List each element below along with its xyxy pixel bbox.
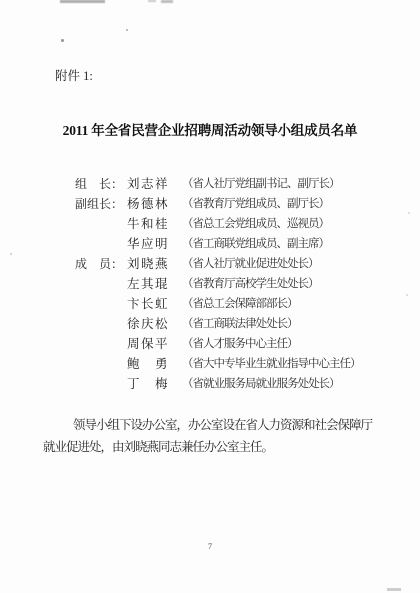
roster-row: 左其琨 （省教育厅高校学生处处长） <box>75 274 361 294</box>
roster-row: 卞长虹 （省总工会保障部部长） <box>75 294 361 314</box>
role-label <box>75 314 127 334</box>
member-name: 丁 梅 <box>127 374 182 394</box>
scan-speck <box>10 253 12 255</box>
roster-list: 组 长： 刘志祥 （省人社厅党组副书记、副厅长） 副组长： 杨德林 （省教育厅党… <box>75 174 361 394</box>
member-name: 牛和桂 <box>127 214 182 234</box>
roster-row: 副组长： 杨德林 （省教育厅党组成员、副厅长） <box>75 194 361 214</box>
role-label <box>75 234 127 254</box>
roster-row: 周保平 （省人才服务中心主任） <box>75 334 361 354</box>
roster-row: 鲍 勇 （省大中专毕业生就业指导中心主任） <box>75 354 361 374</box>
scan-speck <box>408 212 410 214</box>
member-name: 卞长虹 <box>127 294 182 314</box>
role-label <box>75 374 127 394</box>
scan-artifact-top-line <box>60 0 105 3</box>
paragraph-line: 就业促进处，由刘晓燕同志兼任办公室主任。 <box>43 437 383 459</box>
closing-paragraph: 领导小组下设办公室，办公室设在省人力资源和社会保障厅 就业促进处，由刘晓燕同志兼… <box>43 415 383 458</box>
role-label: 组 长： <box>75 174 127 194</box>
member-name: 杨德林 <box>127 194 182 214</box>
role-label <box>75 294 127 314</box>
role-label: 成 员： <box>75 254 127 274</box>
document-title: 2011 年全省民营企业招聘周活动领导小组成员名单 <box>0 122 420 140</box>
member-title: （省人社厅就业促进处处长） <box>182 254 319 274</box>
roster-row: 牛和桂 （省总工会党组成员、巡视员） <box>75 214 361 234</box>
paragraph-line: 领导小组下设办公室，办公室设在省人力资源和社会保障厅 <box>43 415 383 437</box>
member-title: （省总工会党组成员、巡视员） <box>182 214 329 234</box>
role-label <box>75 274 127 294</box>
member-title: （省工商联法律处处长） <box>182 314 298 334</box>
scan-speck <box>126 29 128 31</box>
member-name: 刘志祥 <box>127 174 182 194</box>
member-name: 周保平 <box>127 334 182 354</box>
scan-speck <box>61 39 64 42</box>
role-label <box>75 334 127 354</box>
member-title: （省工商联党组成员、副主席） <box>182 234 329 254</box>
page-number: 7 <box>0 540 420 552</box>
member-title: （省教育厅高校学生处处长） <box>182 274 319 294</box>
member-name: 刘晓燕 <box>127 254 182 274</box>
role-label <box>75 354 127 374</box>
roster-row: 组 长： 刘志祥 （省人社厅党组副书记、副厅长） <box>75 174 361 194</box>
member-title: （省人社厅党组副书记、副厅长） <box>182 174 340 194</box>
role-label <box>75 214 127 234</box>
scanned-document-page: 附件 1: 2011 年全省民营企业招聘周活动领导小组成员名单 组 长： 刘志祥… <box>0 0 420 593</box>
scan-artifact-top-mark <box>161 0 173 3</box>
scan-speck <box>406 294 408 296</box>
member-title: （省总工会保障部部长） <box>182 294 298 314</box>
member-title: （省人才服务中心主任） <box>182 334 298 354</box>
member-name: 左其琨 <box>127 274 182 294</box>
member-name: 华应明 <box>127 234 182 254</box>
attachment-label: 附件 1: <box>55 68 93 84</box>
roster-row: 丁 梅 （省就业服务局就业服务处处长） <box>75 374 361 394</box>
member-name: 徐庆松 <box>127 314 182 334</box>
member-title: （省大中专毕业生就业指导中心主任） <box>182 354 361 374</box>
scan-artifact-top-mark <box>148 0 156 2</box>
roster-row: 徐庆松 （省工商联法律处处长） <box>75 314 361 334</box>
roster-row: 华应明 （省工商联党组成员、副主席） <box>75 234 361 254</box>
role-label: 副组长： <box>75 194 127 214</box>
roster-row: 成 员： 刘晓燕 （省人社厅就业促进处处长） <box>75 254 361 274</box>
member-title: （省教育厅党组成员、副厅长） <box>182 194 329 214</box>
scan-artifact-bottom-right <box>387 588 401 591</box>
member-title: （省就业服务局就业服务处处长） <box>182 374 340 394</box>
member-name: 鲍 勇 <box>127 354 182 374</box>
